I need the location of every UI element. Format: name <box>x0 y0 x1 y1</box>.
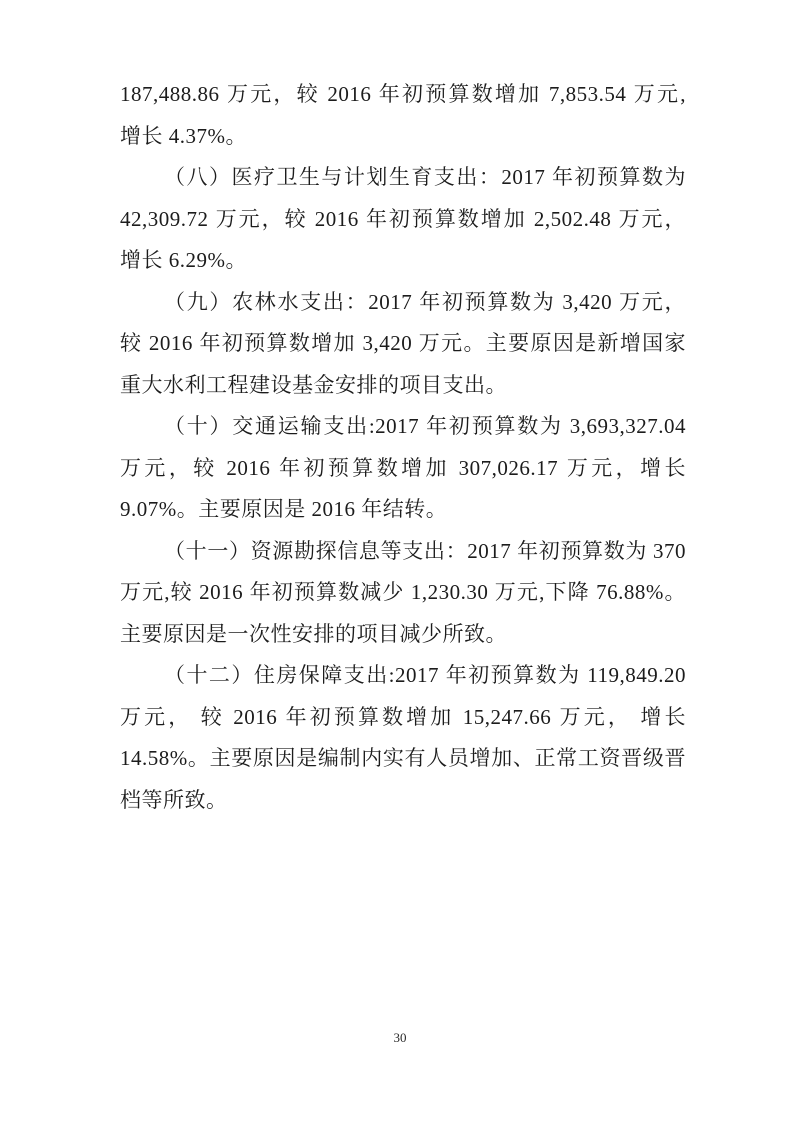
text-line: 万元， 较 2016 年初预算数增加 15,247.66 万元， 增长 <box>120 697 686 739</box>
document-body: 187,488.86 万元，较 2016 年初预算数增加 7,853.54 万元… <box>120 74 686 821</box>
paragraph: （十二）住房保障支出:2017 年初预算数为 119,849.20万元， 较 2… <box>120 655 686 821</box>
text-line: （十一）资源勘探信息等支出：2017 年初预算数为 370 <box>120 531 686 573</box>
text-line: （十）交通运输支出:2017 年初预算数为 3,693,327.04 <box>120 406 686 448</box>
text-line: （九）农林水支出：2017 年初预算数为 3,420 万元， <box>120 282 686 324</box>
paragraph: （十一）资源勘探信息等支出：2017 年初预算数为 370万元,较 2016 年… <box>120 531 686 656</box>
paragraph: （九）农林水支出：2017 年初预算数为 3,420 万元，较 2016 年初预… <box>120 282 686 407</box>
text-line: 增长 6.29%。 <box>120 240 686 282</box>
text-line: 187,488.86 万元，较 2016 年初预算数增加 7,853.54 万元… <box>120 74 686 116</box>
text-line: 增长 4.37%。 <box>120 116 686 158</box>
text-line: 万元,较 2016 年初预算数减少 1,230.30 万元,下降 76.88%。 <box>120 572 686 614</box>
paragraph: （八）医疗卫生与计划生育支出：2017 年初预算数为42,309.72 万元，较… <box>120 157 686 282</box>
text-line: 重大水利工程建设基金安排的项目支出。 <box>120 365 686 407</box>
text-line: 万元，较 2016 年初预算数增加 307,026.17 万元，增长 <box>120 448 686 490</box>
text-line: 14.58%。主要原因是编制内实有人员增加、正常工资晋级晋 <box>120 738 686 780</box>
text-line: （十二）住房保障支出:2017 年初预算数为 119,849.20 <box>120 655 686 697</box>
text-line: 档等所致。 <box>120 780 686 822</box>
text-line: 42,309.72 万元，较 2016 年初预算数增加 2,502.48 万元， <box>120 199 686 241</box>
paragraph: （十）交通运输支出:2017 年初预算数为 3,693,327.04万元，较 2… <box>120 406 686 531</box>
text-line: 较 2016 年初预算数增加 3,420 万元。主要原因是新增国家 <box>120 323 686 365</box>
text-line: （八）医疗卫生与计划生育支出：2017 年初预算数为 <box>120 157 686 199</box>
text-line: 主要原因是一次性安排的项目减少所致。 <box>120 614 686 656</box>
document-page: 187,488.86 万元，较 2016 年初预算数增加 7,853.54 万元… <box>0 0 800 1131</box>
text-line: 9.07%。主要原因是 2016 年结转。 <box>120 489 686 531</box>
paragraph: 187,488.86 万元，较 2016 年初预算数增加 7,853.54 万元… <box>120 74 686 157</box>
page-number: 30 <box>0 1030 800 1046</box>
